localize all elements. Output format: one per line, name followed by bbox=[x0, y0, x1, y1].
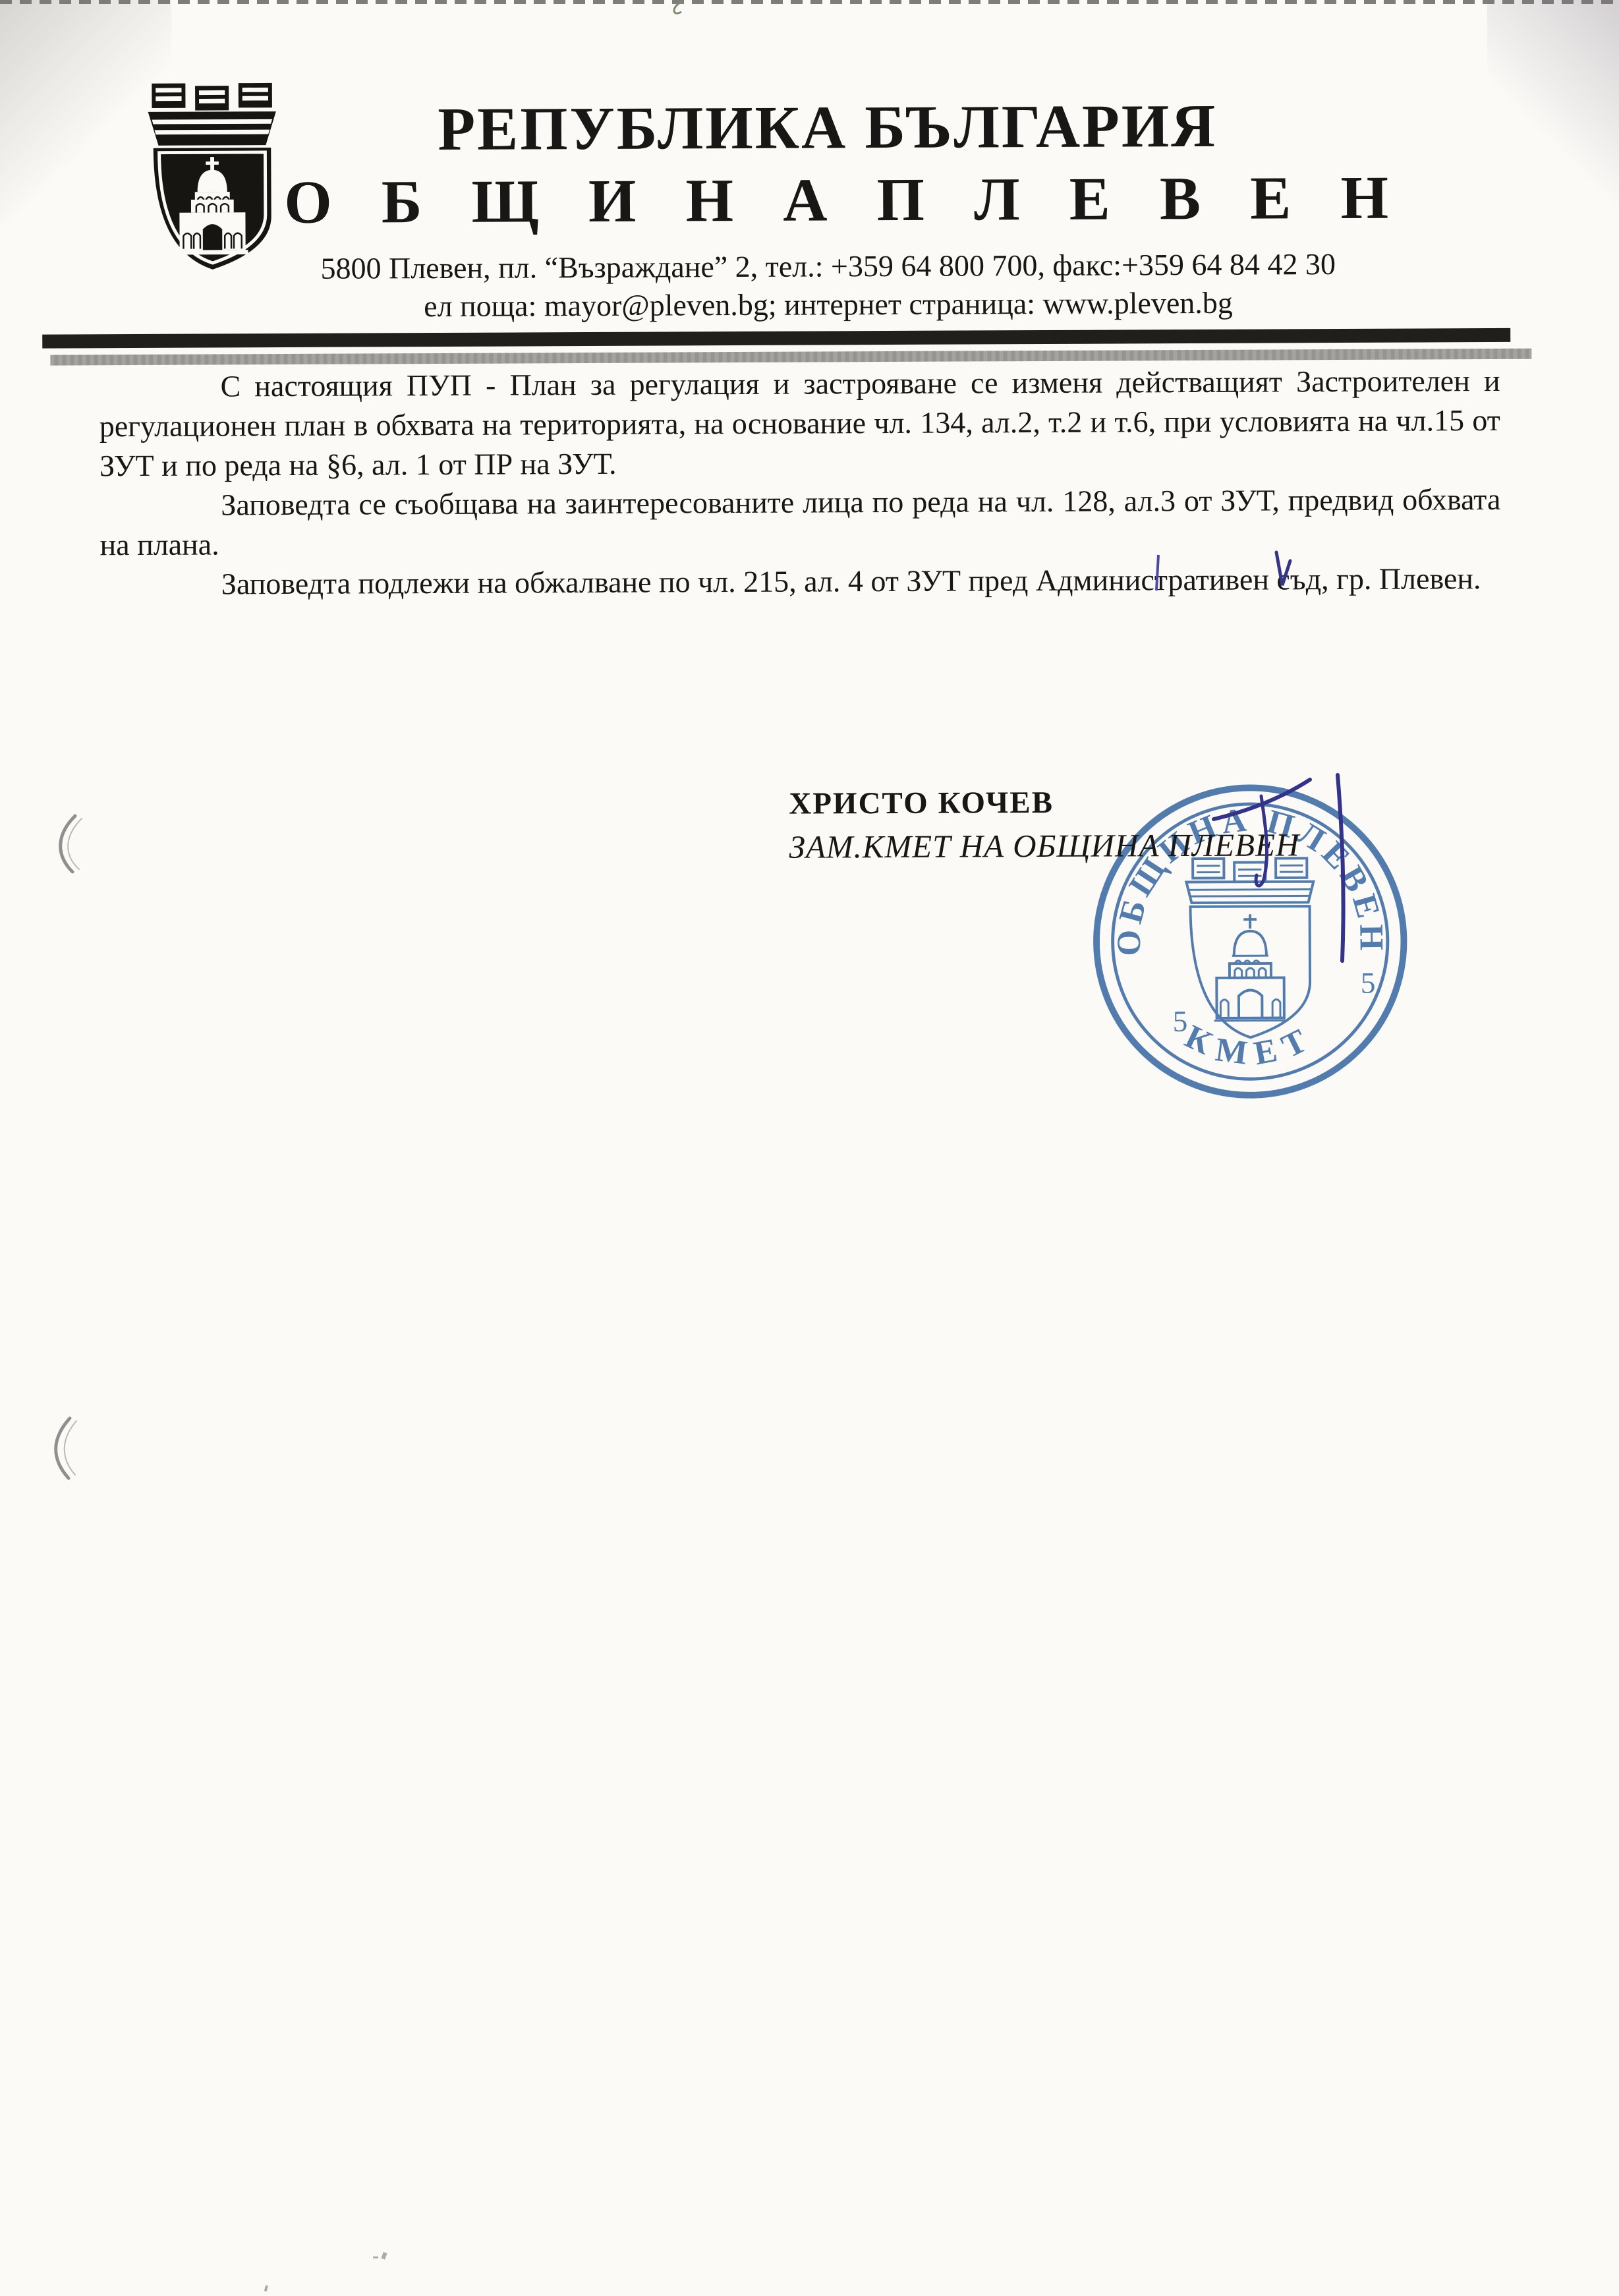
body-paragraph: Заповедта подлежи на обжалване по чл. 21… bbox=[100, 559, 1501, 604]
document-content: РЕПУБЛИКА БЪЛГАРИЯ О Б Щ И Н А П Л Е В Е… bbox=[0, 0, 1619, 2296]
svg-text:КМЕТ: КМЕТ bbox=[1179, 1017, 1322, 1074]
republic-title: РЕПУБЛИКА БЪЛГАРИЯ bbox=[284, 90, 1371, 166]
body-paragraph: Заповедта се съобщава на заинтересованит… bbox=[99, 480, 1501, 565]
stamp-left-number: 5 bbox=[1173, 1005, 1188, 1038]
signer-title: ЗАМ.КМЕТ НА ОБЩИНА ПЛЕВЕН bbox=[789, 826, 1299, 865]
stamp-bottom-text: КМЕТ bbox=[1179, 1017, 1322, 1074]
signature-block: ХРИСТО КОЧЕВ ЗАМ.КМЕТ НА ОБЩИНА ПЛЕВЕН bbox=[789, 784, 1299, 865]
pleven-coat-of-arms-icon bbox=[144, 76, 280, 283]
letter-body: С настоящия ПУП - План за регулация и за… bbox=[99, 361, 1501, 604]
stamp-right-number: 5 bbox=[1361, 967, 1376, 1000]
scanned-letter-page: { "header": { "republic": "РЕПУБЛИКА БЪЛ… bbox=[0, 0, 1619, 2296]
body-paragraph: С настоящия ПУП - План за регулация и за… bbox=[99, 361, 1500, 486]
address-line: 5800 Плевен, пл. “Възраждане” 2, тел.: +… bbox=[285, 246, 1372, 287]
divider-black bbox=[42, 328, 1510, 349]
municipality-title: О Б Щ И Н А П Л Е В Е Н bbox=[284, 161, 1371, 240]
letterhead: РЕПУБЛИКА БЪЛГАРИЯ О Б Щ И Н А П Л Е В Е… bbox=[284, 90, 1373, 326]
stamp-emblem-coat-of-arms bbox=[1186, 858, 1314, 1037]
signer-name: ХРИСТО КОЧЕВ bbox=[789, 784, 1299, 821]
contact-line: ел поща: mayor@pleven.bg; интернет стран… bbox=[285, 284, 1372, 326]
